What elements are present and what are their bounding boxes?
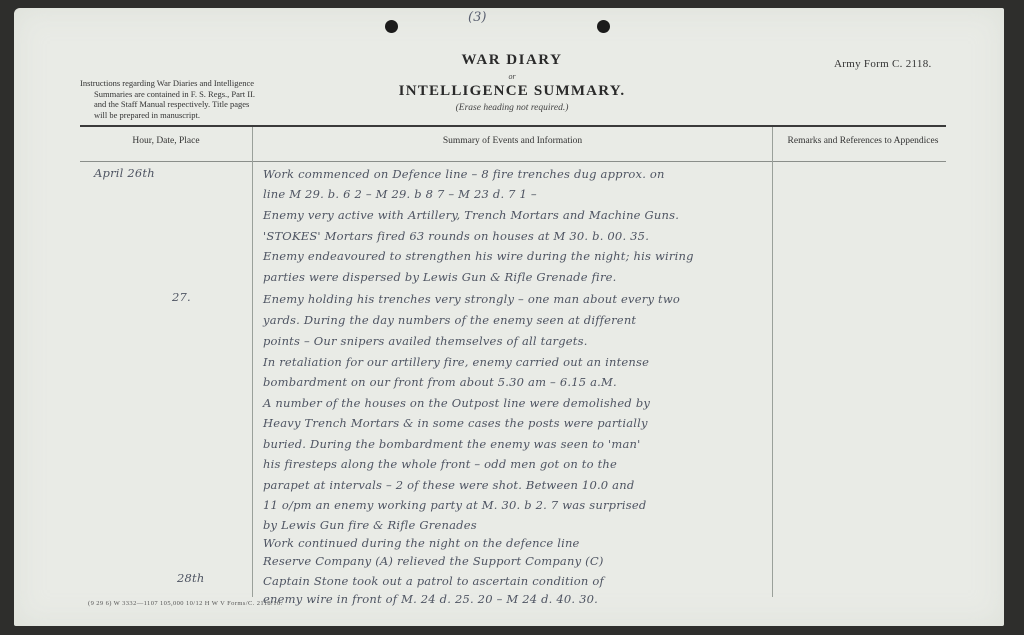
column-header-date: Hour, Date, Place — [80, 136, 252, 146]
page-number: (3) — [468, 10, 486, 25]
summary-line: Work commenced on Defence line – 8 fire … — [263, 167, 665, 181]
army-form-number: Army Form C. 2118. — [834, 58, 932, 70]
punch-hole — [597, 20, 610, 33]
column-divider — [252, 127, 253, 597]
summary-line: his firesteps along the whole front – od… — [263, 457, 617, 471]
summary-line: 'STOKES' Mortars fired 63 rounds on hous… — [263, 229, 649, 243]
column-divider — [772, 127, 773, 597]
summary-line: Captain Stone took out a patrol to ascer… — [263, 574, 604, 588]
summary-line: Enemy endeavoured to strengthen his wire… — [263, 249, 694, 263]
summary-line: line M 29. b. 6 2 – M 29. b 8 7 – M 23 d… — [263, 187, 537, 201]
date-entry: 28th — [177, 571, 204, 585]
summary-line: A number of the houses on the Outpost li… — [263, 396, 650, 410]
title-or: or — [0, 72, 1024, 81]
erase-heading-note: (Erase heading not required.) — [0, 103, 1024, 113]
summary-line: Heavy Trench Mortars & in some cases the… — [263, 416, 648, 430]
summary-line: enemy wire in front of M. 24 d. 25. 20 –… — [263, 592, 598, 606]
column-header-summary: Summary of Events and Information — [253, 136, 772, 146]
date-entry: 27. — [172, 290, 191, 304]
column-header-rule — [80, 161, 946, 162]
punch-hole — [385, 20, 398, 33]
date-entry: April 26th — [94, 166, 155, 180]
summary-line: points – Our snipers availed themselves … — [263, 334, 588, 348]
print-code: (9 29 6) W 3332—1107 105,000 10/12 H W V… — [88, 600, 283, 607]
column-header-remarks: Remarks and References to Appendices — [773, 136, 953, 146]
summary-line: yards. During the day numbers of the ene… — [263, 313, 636, 327]
summary-line: 11 o/pm an enemy working party at M. 30.… — [263, 498, 646, 512]
summary-line: bombardment on our front from about 5.30… — [263, 375, 617, 389]
summary-line: parapet at intervals – 2 of these were s… — [263, 478, 634, 492]
summary-line: Enemy holding his trenches very strongly… — [263, 292, 680, 306]
summary-line: buried. During the bombardment the enemy… — [263, 437, 640, 451]
title-intelligence-summary: INTELLIGENCE SUMMARY. — [0, 83, 1024, 100]
summary-line: parties were dispersed by Lewis Gun & Ri… — [263, 270, 617, 284]
summary-line: Reserve Company (A) relieved the Support… — [263, 554, 604, 568]
summary-line: In retaliation for our artillery fire, e… — [263, 355, 649, 369]
header-rule — [80, 125, 946, 127]
summary-line: by Lewis Gun fire & Rifle Grenades — [263, 518, 477, 532]
summary-line: Enemy very active with Artillery, Trench… — [263, 208, 679, 222]
summary-line: Work continued during the night on the d… — [263, 536, 580, 550]
